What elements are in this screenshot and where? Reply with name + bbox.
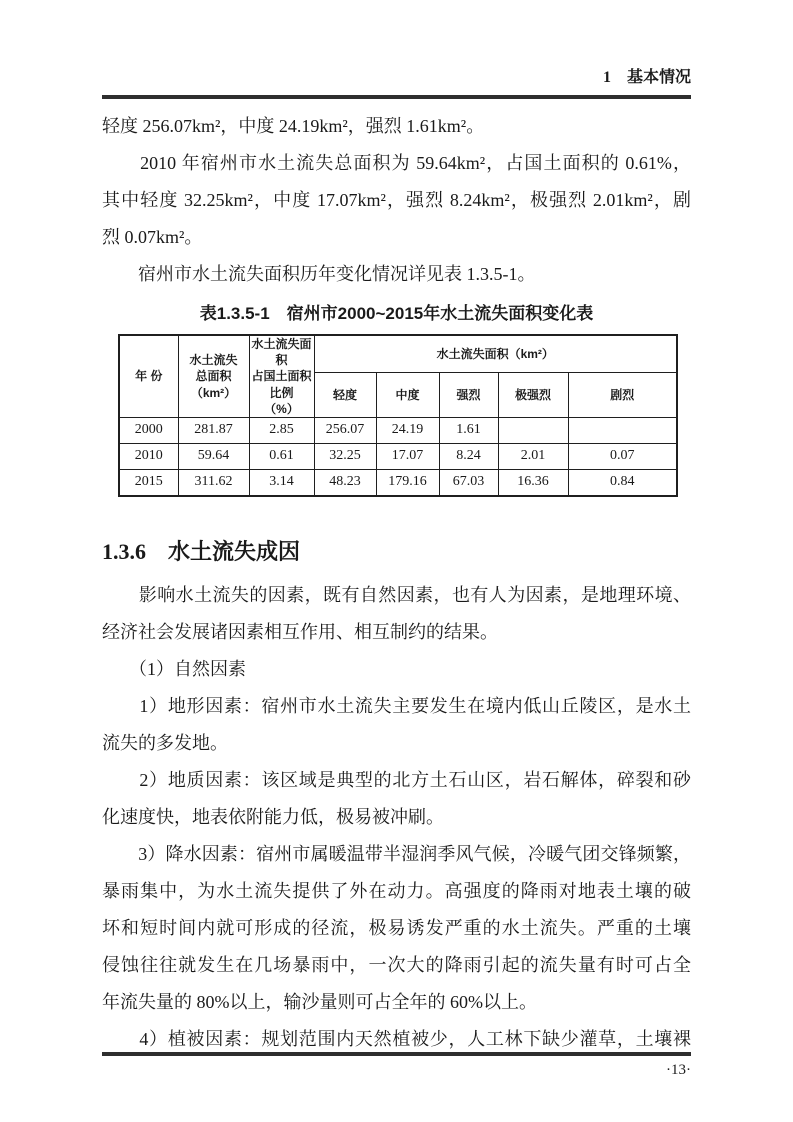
column-header-moderate: 中度 <box>376 372 439 417</box>
erosion-area-table: 年 份 水土流失 总面积（km²） 水土流失面积 占国土面积比例 （%） 水土流… <box>118 334 678 497</box>
table-cell: 0.84 <box>568 469 677 496</box>
header-rule <box>102 95 691 99</box>
page-header: 1 基本情况 <box>102 66 691 90</box>
page-footer: ·13· <box>102 1059 691 1081</box>
column-header-total-area: 水土流失 总面积（km²） <box>178 335 249 417</box>
table-cell: 2010 <box>119 443 178 469</box>
table-row: 201059.640.6132.2517.078.242.010.07 <box>119 443 677 469</box>
text-line: 化速度快，地表依附能力低，极易被冲刷。 <box>102 799 691 836</box>
document-page: 1 基本情况 轻度 256.07km²，中度 24.19km²，强烈 1.61k… <box>0 0 793 1122</box>
text-line: 坏和短时间内就可形成的径流，极易诱发严重的水土流失。严重的土壤 <box>102 910 691 947</box>
table-cell: 0.61 <box>249 443 314 469</box>
table-cell: 48.23 <box>314 469 376 496</box>
text-line: 年流失量的 80%以上，输沙量则可占全年的 60%以上。 <box>102 984 691 1021</box>
paragraph-geology-factor: 2）地质因素：该区域是典型的北方土石山区，岩石解体，碎裂和砂化速度快，地表依附能… <box>102 762 691 836</box>
header-chapter-title: 1 基本情况 <box>603 69 691 86</box>
paragraph-erosion-2000: 轻度 256.07km²，中度 24.19km²，强烈 1.61km²。 <box>102 108 691 145</box>
column-header-intense: 强烈 <box>439 372 498 417</box>
text-line: 2010 年宿州市水土流失总面积为 59.64km²，占国土面积的 0.61%， <box>102 145 691 182</box>
table-cell: 17.07 <box>376 443 439 469</box>
section-heading-1-3-6: 1.3.6 水土流失成因 <box>102 535 691 569</box>
text-line: （1）自然因素 <box>102 651 691 688</box>
column-header-erosion-area-group: 水土流失面积（km²） <box>314 335 677 372</box>
paragraph-causes-intro: 影响水土流失的因素，既有自然因素，也有人为因素，是地理环境、经济社会发展诸因素相… <box>102 577 691 651</box>
text-line: 影响水土流失的因素，既有自然因素，也有人为因素，是地理环境、 <box>102 577 691 614</box>
table-row: 2000281.872.85256.0724.191.61 <box>119 417 677 443</box>
text-line: 2）地质因素：该区域是典型的北方土石山区，岩石解体，碎裂和砂 <box>102 762 691 799</box>
page-number: ·13· <box>666 1062 691 1078</box>
page-body: 轻度 256.07km²，中度 24.19km²，强烈 1.61km²。 201… <box>102 108 691 1058</box>
table-body: 2000281.872.85256.0724.191.61201059.640.… <box>119 417 677 496</box>
table-cell: 59.64 <box>178 443 249 469</box>
table-cell: 256.07 <box>314 417 376 443</box>
footer-rule <box>102 1052 691 1056</box>
column-header-severe: 剧烈 <box>568 372 677 417</box>
text-line: 1）地形因素：宿州市水土流失主要发生在境内低山丘陵区，是水土 <box>102 688 691 725</box>
paragraph-terrain-factor: 1）地形因素：宿州市水土流失主要发生在境内低山丘陵区，是水土流失的多发地。 <box>102 688 691 762</box>
table-cell: 311.62 <box>178 469 249 496</box>
table-cell: 32.25 <box>314 443 376 469</box>
text-line: 侵蚀往往就发生在几场暴雨中，一次大的降雨引起的流失量有时可占全 <box>102 947 691 984</box>
text-line: 流失的多发地。 <box>102 725 691 762</box>
paragraph-natural-factors: （1）自然因素 <box>102 651 691 688</box>
table-cell: 67.03 <box>439 469 498 496</box>
text-line: 宿州市水土流失面积历年变化情况详见表 1.3.5-1。 <box>102 256 691 293</box>
text-line: 经济社会发展诸因素相互作用、相互制约的结果。 <box>102 614 691 651</box>
table-cell <box>498 417 568 443</box>
column-header-land-ratio: 水土流失面积 占国土面积比例 （%） <box>249 335 314 417</box>
table-cell: 16.36 <box>498 469 568 496</box>
text-line: 烈 0.07km²。 <box>102 219 691 256</box>
table-cell <box>568 417 677 443</box>
table-cell: 2.01 <box>498 443 568 469</box>
table-cell: 24.19 <box>376 417 439 443</box>
text-line: 轻度 256.07km²，中度 24.19km²，强烈 1.61km²。 <box>102 108 691 145</box>
table-cell: 8.24 <box>439 443 498 469</box>
column-header-very-intense: 极强烈 <box>498 372 568 417</box>
paragraph-table-reference: 宿州市水土流失面积历年变化情况详见表 1.3.5-1。 <box>102 256 691 293</box>
table-cell: 0.07 <box>568 443 677 469</box>
text-line: 其中轻度 32.25km²，中度 17.07km²，强烈 8.24km²，极强烈… <box>102 182 691 219</box>
table-cell: 281.87 <box>178 417 249 443</box>
column-header-light: 轻度 <box>314 372 376 417</box>
column-header-year: 年 份 <box>119 335 178 417</box>
paragraph-rainfall-factor: 3）降水因素：宿州市属暖温带半湿润季风气候，冷暖气团交锋频繁，暴雨集中，为水土流… <box>102 836 691 1021</box>
table-cell: 3.14 <box>249 469 314 496</box>
table-caption: 表1.3.5-1 宿州市2000~2015年水土流失面积变化表 <box>102 299 691 329</box>
text-line: 3）降水因素：宿州市属暖温带半湿润季风气候，冷暖气团交锋频繁， <box>102 836 691 873</box>
table-header: 年 份 水土流失 总面积（km²） 水土流失面积 占国土面积比例 （%） 水土流… <box>119 335 677 417</box>
text-line: 暴雨集中，为水土流失提供了外在动力。高强度的降雨对地表土壤的破 <box>102 873 691 910</box>
table-cell: 179.16 <box>376 469 439 496</box>
paragraph-erosion-2010: 2010 年宿州市水土流失总面积为 59.64km²，占国土面积的 0.61%，… <box>102 145 691 256</box>
table-cell: 2000 <box>119 417 178 443</box>
table-row: 2015311.623.1448.23179.1667.0316.360.84 <box>119 469 677 496</box>
table-cell: 1.61 <box>439 417 498 443</box>
table-cell: 2.85 <box>249 417 314 443</box>
table-cell: 2015 <box>119 469 178 496</box>
